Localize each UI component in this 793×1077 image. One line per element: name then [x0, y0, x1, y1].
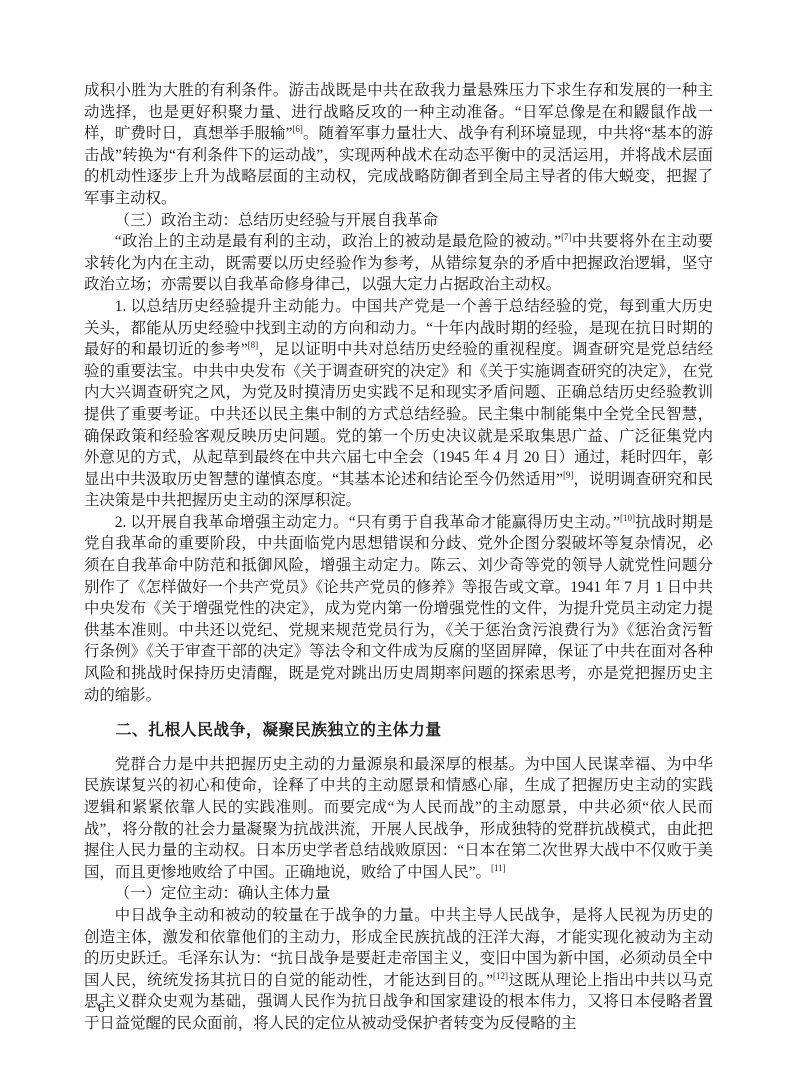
footnote-ref: [10]: [620, 513, 635, 523]
paragraph: 中日战争主动和被动的较量在于战争的力量。中共主导人民战争，是将人民视为历史的创造…: [84, 905, 713, 1035]
footnote-ref: [12]: [493, 971, 508, 981]
footnote-ref: [7]: [561, 232, 572, 242]
heading-sub: （一）定位主动：确认主体力量: [84, 883, 713, 905]
footnote-ref: [11]: [491, 863, 506, 873]
paragraph: “政治上的主动是最有利的主动，政治上的被动是最危险的被动。”[7]中共要将外在主…: [84, 231, 713, 296]
page-number: · 6 ·: [86, 1000, 119, 1016]
paragraph: 2. 以开展自我革命增强主动定力。“只有勇于自我革命才能赢得历史主动。”[10]…: [84, 512, 713, 706]
footnote-ref: [6]: [292, 124, 303, 134]
footnote-ref: [9]: [563, 470, 574, 480]
article-body: 成积小胜为大胜的有利条件。游击战既是中共在敌我力量悬殊压力下求生存和发展的一种主…: [84, 80, 713, 1035]
heading-sub: （三）政治主动：总结历史经验与开展自我革命: [84, 210, 713, 232]
footnote-ref: [8]: [248, 340, 259, 350]
paragraph: 成积小胜为大胜的有利条件。游击战既是中共在敌我力量悬殊压力下求生存和发展的一种主…: [84, 80, 713, 210]
document-page: 成积小胜为大胜的有利条件。游击战既是中共在敌我力量悬殊压力下求生存和发展的一种主…: [0, 0, 793, 1077]
paragraph: 1. 以总结历史经验提升主动能力。中国共产党是一个善于总结经验的党，每到重大历史…: [84, 296, 713, 512]
paragraph: 党群合力是中共把握历史主动的力量源泉和最深厚的根基。为中国人民谋幸福、为中华民族…: [84, 754, 713, 884]
heading-main: 二、扎根人民战争，凝聚民族独立的主体力量: [84, 720, 713, 742]
